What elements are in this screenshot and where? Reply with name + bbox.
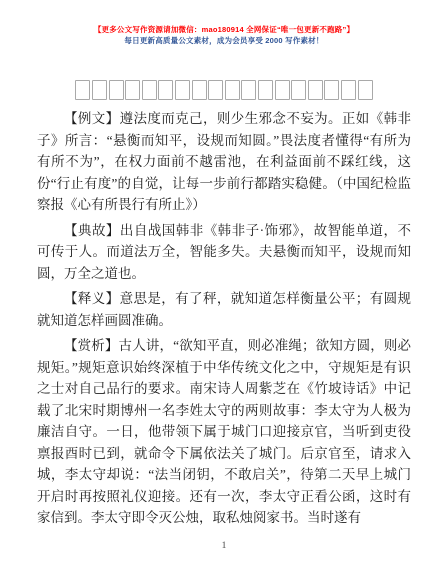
page-number: 1	[0, 541, 448, 551]
missing-glyph-box	[324, 80, 339, 100]
missing-glyph-box	[125, 80, 140, 100]
missing-glyph-box	[341, 80, 356, 100]
paragraph-liwen: 【例文】遵法度而克己，则少生邪念不妄为。正如《韩非子》所言：“悬衡而知平，设规而…	[37, 108, 411, 216]
ad-banner-line2: 每日更新高质量公文素材，成为会员享受 2000 写作素材！	[0, 35, 448, 46]
missing-glyph-box	[142, 80, 157, 100]
missing-glyph-box	[258, 80, 273, 100]
missing-glyph-box	[192, 80, 207, 100]
missing-glyph-box	[291, 80, 306, 100]
missing-glyph-box	[275, 80, 290, 100]
missing-glyph-box	[158, 80, 173, 100]
missing-glyph-box	[225, 80, 240, 100]
missing-glyph-box	[241, 80, 256, 100]
missing-glyph-box	[208, 80, 223, 100]
missing-glyph-box	[109, 80, 124, 100]
ad-banner-line1: 【更多公文写作资源请加微信：mao180914 全网保证“唯一包更新不跑路”】	[0, 24, 448, 35]
document-page: 【更多公文写作资源请加微信：mao180914 全网保证“唯一包更新不跑路”】 …	[0, 0, 448, 580]
missing-glyph-box	[308, 80, 323, 100]
paragraph-shangxi: 【赏析】古人讲，“欲知平直，则必准绳；欲知方圆，则必规矩。”规矩意识始终深植于中…	[37, 335, 411, 529]
title-missing-glyph-row	[0, 80, 448, 100]
paragraph-diangu: 【典故】出自战国韩非《韩非子·饰邪》，故智能单道，不可传于人。而道法万全，智能多…	[37, 220, 411, 285]
missing-glyph-box	[175, 80, 190, 100]
document-body: 【例文】遵法度而克己，则少生邪念不妄为。正如《韩非子》所言：“悬衡而知平，设规而…	[37, 108, 411, 533]
missing-glyph-box	[358, 80, 373, 100]
paragraph-shiyi: 【释义】意思是，有了秤，就知道怎样衡量公平；有圆规就知道怎样画圆准确。	[37, 288, 411, 331]
ad-banner: 【更多公文写作资源请加微信：mao180914 全网保证“唯一包更新不跑路”】 …	[0, 24, 448, 46]
missing-glyph-box	[92, 80, 107, 100]
missing-glyph-box	[75, 80, 90, 100]
